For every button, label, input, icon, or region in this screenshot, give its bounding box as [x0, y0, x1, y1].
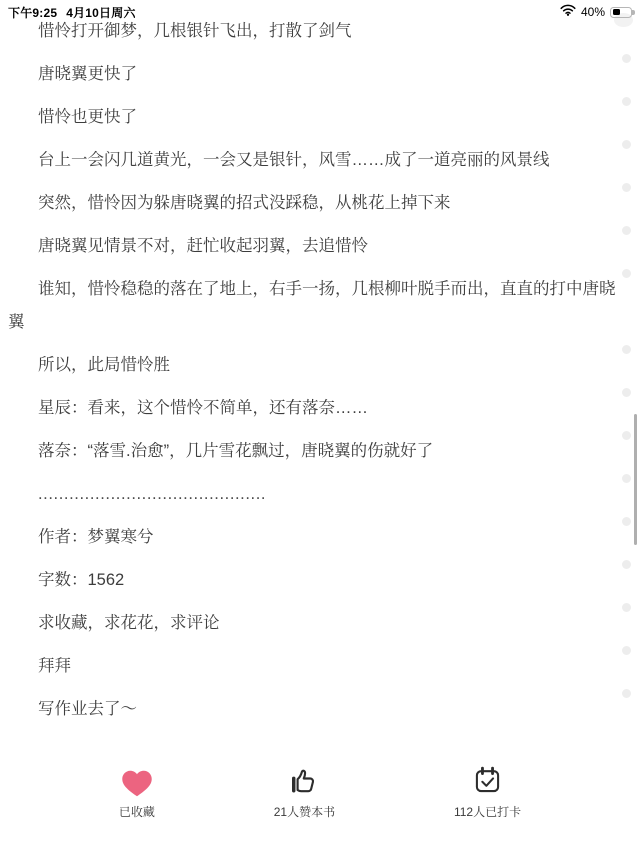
paragraph: 字数：1562	[8, 564, 624, 597]
paragraph-separator: ........................................…	[8, 478, 624, 511]
like-button[interactable]: 21人赞本书	[274, 752, 335, 820]
calendar-check-icon	[472, 752, 503, 797]
paragraph-text: 落奈：“落雪.治愈”，几片雪花飘过，唐晓翼的伤就好了	[8, 435, 624, 468]
scrollbar-thumb[interactable]	[634, 414, 637, 545]
like-label: 21人赞本书	[274, 803, 335, 820]
paragraph: 惜怜也更快了	[8, 101, 624, 134]
favorite-label: 已收藏	[119, 803, 155, 820]
paragraph-text: 惜怜也更快了	[8, 101, 624, 134]
bottom-action-bar: 已收藏 21人赞本书 112人已打卡	[0, 752, 640, 822]
paragraph-text: 拜拜	[8, 650, 624, 683]
chapter-content: 惜怜打开御梦，几根银针飞出，打散了剑气 唐晓翼更快了 惜怜也更快了 台上一会闪几…	[8, 15, 624, 736]
paragraph-text: 求收藏，求花花，求评论	[8, 607, 624, 640]
paragraph-text: 唐晓翼见情景不对，赶忙收起羽翼，去追惜怜	[8, 230, 624, 263]
status-date: 4月10日周六	[66, 4, 135, 21]
thumbs-up-icon	[288, 752, 320, 797]
paragraph-text: 台上一会闪几道黄光，一会又是银针，风雪……成了一道亮丽的风景线	[8, 144, 624, 177]
paragraph: 唐晓翼更快了	[8, 58, 624, 91]
battery-nub	[632, 10, 634, 15]
battery-icon	[610, 7, 632, 18]
paragraph: 谁知，惜怜稳稳的落在了地上，右手一扬，几根柳叶脱手而出，直直的打中唐晓翼	[8, 273, 624, 339]
paragraph: 所以，此局惜怜胜	[8, 349, 624, 382]
battery-fill	[613, 9, 620, 15]
wifi-icon	[560, 3, 576, 21]
paragraph-text: ........................................…	[8, 478, 624, 511]
paragraph: 拜拜	[8, 650, 624, 683]
status-time: 下午9:25	[8, 4, 57, 21]
status-right: 40%	[560, 3, 632, 21]
paragraph-text: 写作业去了～	[8, 693, 624, 726]
paragraph: 作者：梦翼寒兮	[8, 521, 624, 554]
paragraph: 落奈：“落雪.治愈”，几片雪花飘过，唐晓翼的伤就好了	[8, 435, 624, 468]
paragraph-text: 字数：1562	[8, 564, 624, 597]
paragraph-text: 突然，惜怜因为躲唐晓翼的招式没踩稳，从桃花上掉下来	[8, 187, 624, 220]
paragraph-text: 谁知，惜怜稳稳的落在了地上，右手一扬，几根柳叶脱手而出，直直的打中唐晓翼	[8, 273, 624, 339]
favorite-button[interactable]: 已收藏	[119, 752, 155, 820]
heart-icon	[120, 752, 154, 797]
paragraph: 突然，惜怜因为躲唐晓翼的招式没踩稳，从桃花上掉下来	[8, 187, 624, 220]
reader-screen: 下午9:25 4月10日周六 40% 惜怜打开御梦，几根银针飞出，打散了剑气	[0, 0, 640, 853]
paragraph: 求收藏，求花花，求评论	[8, 607, 624, 640]
paragraph-text: 所以，此局惜怜胜	[8, 349, 624, 382]
paragraph: 星辰：看来，这个惜怜不简单，还有落奈……	[8, 392, 624, 425]
paragraph-text: 唐晓翼更快了	[8, 58, 624, 91]
paragraph: 台上一会闪几道黄光，一会又是银针，风雪……成了一道亮丽的风景线	[8, 144, 624, 177]
battery-percent: 40%	[581, 5, 605, 19]
status-left: 下午9:25 4月10日周六	[8, 4, 136, 21]
paragraph-text: 作者：梦翼寒兮	[8, 521, 624, 554]
paragraph-text: 星辰：看来，这个惜怜不简单，还有落奈……	[8, 392, 624, 425]
paragraph: 写作业去了～	[8, 693, 624, 726]
paragraph: 唐晓翼见情景不对，赶忙收起羽翼，去追惜怜	[8, 230, 624, 263]
status-bar: 下午9:25 4月10日周六 40%	[0, 0, 640, 22]
checkin-button[interactable]: 112人已打卡	[454, 752, 521, 820]
checkin-label: 112人已打卡	[454, 803, 521, 820]
